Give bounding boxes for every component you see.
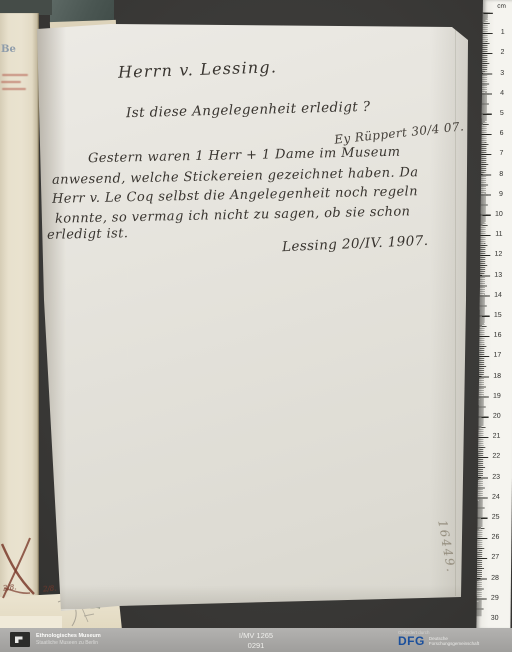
ruler-number: 30 bbox=[491, 615, 499, 622]
ruler-number: 4 bbox=[500, 90, 504, 97]
ruler-number: 17 bbox=[493, 352, 501, 359]
ruler-number: 15 bbox=[494, 312, 502, 319]
letter-body-line: Herr v. Le Coq selbst die Angelegenheit … bbox=[52, 184, 418, 207]
ruler-number: 6 bbox=[500, 130, 504, 137]
ruler-number: 2 bbox=[501, 49, 505, 56]
footer-bar: Ethnologisches Museum Staatliche Museen … bbox=[0, 628, 512, 652]
ruler-number: 24 bbox=[492, 494, 500, 501]
ruler-number: 18 bbox=[493, 372, 501, 379]
funder-name-line: Forschungsgemeinschaft bbox=[429, 642, 479, 647]
letter-question: Ist diese Angelegenheit erledigt ? bbox=[126, 99, 371, 121]
letter-signature: Lessing 20/IV. 1907. bbox=[282, 233, 429, 255]
ruler-number: 8 bbox=[499, 170, 503, 177]
printed-text-fragment: Be bbox=[1, 44, 16, 55]
ruler-number: 20 bbox=[493, 413, 501, 420]
ruler-ticks-cm bbox=[477, 13, 493, 617]
dfg-logo: DFG bbox=[398, 636, 425, 647]
gutter-shadow bbox=[36, 18, 66, 614]
page-bottom-shadow bbox=[40, 585, 470, 609]
ruler-number: 13 bbox=[494, 271, 502, 278]
red-annotation-right: 2/8. bbox=[43, 585, 57, 594]
ruler-number: 27 bbox=[491, 554, 499, 561]
ruler-number: 16 bbox=[494, 332, 502, 339]
ruler-number: 10 bbox=[495, 211, 503, 218]
ruler-number: 5 bbox=[500, 110, 504, 117]
letter-salutation: Herrn v. Lessing. bbox=[118, 57, 278, 82]
red-annotation-left: 2/8. bbox=[3, 583, 17, 592]
scan-viewer: Be 2/8. 2/8. Herrn v. Lessing. Ist diese… bbox=[0, 0, 512, 652]
ruler-number: 29 bbox=[491, 595, 499, 602]
ruler-number: 7 bbox=[499, 150, 503, 157]
ruler-number: 26 bbox=[492, 534, 500, 541]
measurement-ruler: cm 1234567891011121314151617181920212223… bbox=[476, 0, 512, 630]
letter-body-line: konnte, so vermag ich nicht zu sagen, ob… bbox=[55, 204, 411, 226]
letter-body-line: erledigt ist. bbox=[47, 226, 129, 243]
ruler-number: 11 bbox=[495, 231, 502, 238]
ruler-number: 21 bbox=[493, 433, 501, 440]
ruler-number: 22 bbox=[492, 453, 500, 460]
red-text-fragment-line bbox=[1, 81, 21, 83]
ruler-number: 25 bbox=[492, 514, 500, 521]
ruler-number: 3 bbox=[500, 69, 504, 76]
ruler-number: 9 bbox=[499, 191, 503, 198]
page-crease bbox=[455, 30, 456, 596]
ruler-number: 14 bbox=[494, 292, 502, 299]
ruler-number: 23 bbox=[492, 473, 500, 480]
ruler-number: 12 bbox=[494, 251, 502, 258]
ruler-number: 1 bbox=[501, 29, 505, 36]
red-text-fragment-line bbox=[2, 88, 26, 90]
red-text-fragment-line bbox=[2, 74, 28, 76]
letter-page: Herrn v. Lessing. Ist diese Angelegenhei… bbox=[0, 0, 512, 652]
ruler-unit-label: cm bbox=[497, 3, 506, 10]
ruler-number: 19 bbox=[493, 393, 501, 400]
letter-body-line: Gestern waren 1 Herr + 1 Dame im Museum bbox=[88, 145, 401, 167]
funder-name: Deutsche Forschungsgemeinschaft bbox=[429, 636, 479, 647]
ruler-number: 28 bbox=[491, 574, 499, 581]
